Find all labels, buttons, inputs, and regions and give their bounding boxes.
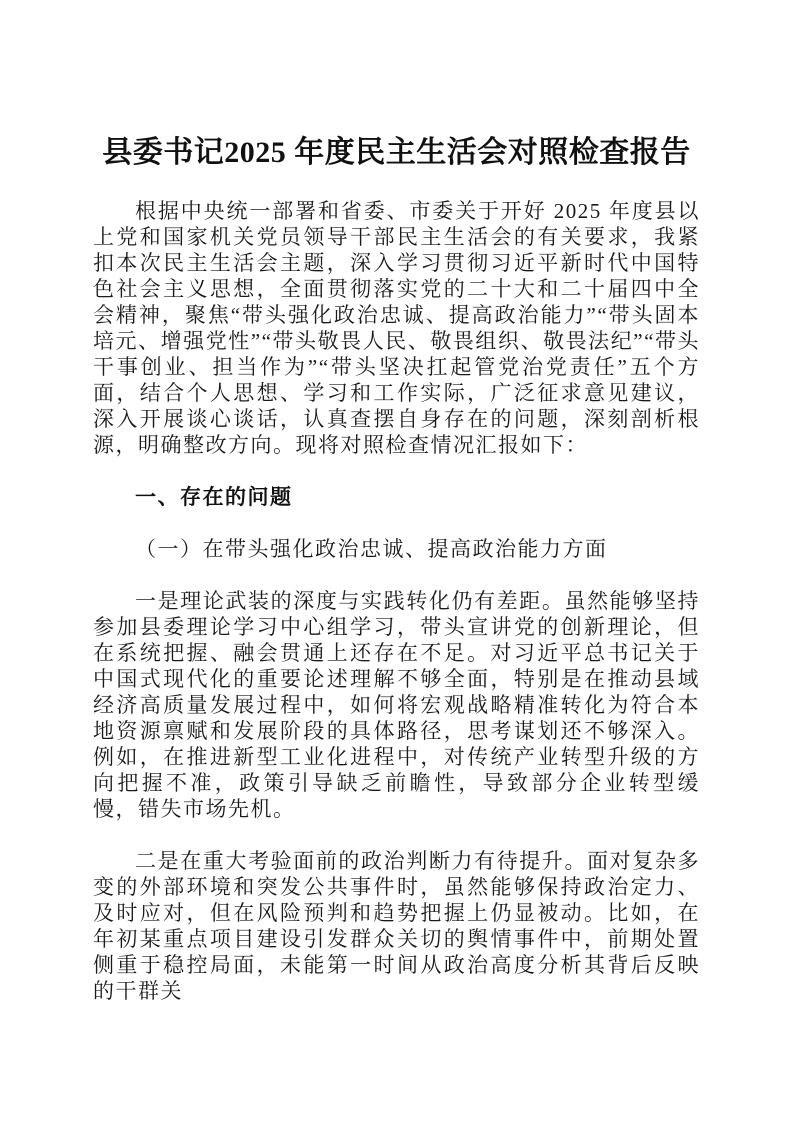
subsection-heading-political-loyalty: （一）在带头强化政治忠诚、提高政治能力方面 <box>93 536 700 562</box>
issue-paragraph-1: 一是理论武装的深度与实践转化仍有差距。虽然能够坚持参加县委理论学习中心组学习，带… <box>93 588 700 822</box>
intro-paragraph: 根据中央统一部署和省委、市委关于开好 2025 年度县以上党和国家机关党员领导干… <box>93 198 700 458</box>
document-title: 县委书记2025 年度民主生活会对照检查报告 <box>93 133 700 173</box>
issue-paragraph-2: 二是在重大考验面前的政治判断力有待提升。面对复杂多变的外部环境和突发公共事件时，… <box>93 848 700 1004</box>
section-heading-problems: 一、存在的问题 <box>93 484 700 510</box>
document-page: 县委书记2025 年度民主生活会对照检查报告 根据中央统一部署和省委、市委关于开… <box>0 0 793 1121</box>
